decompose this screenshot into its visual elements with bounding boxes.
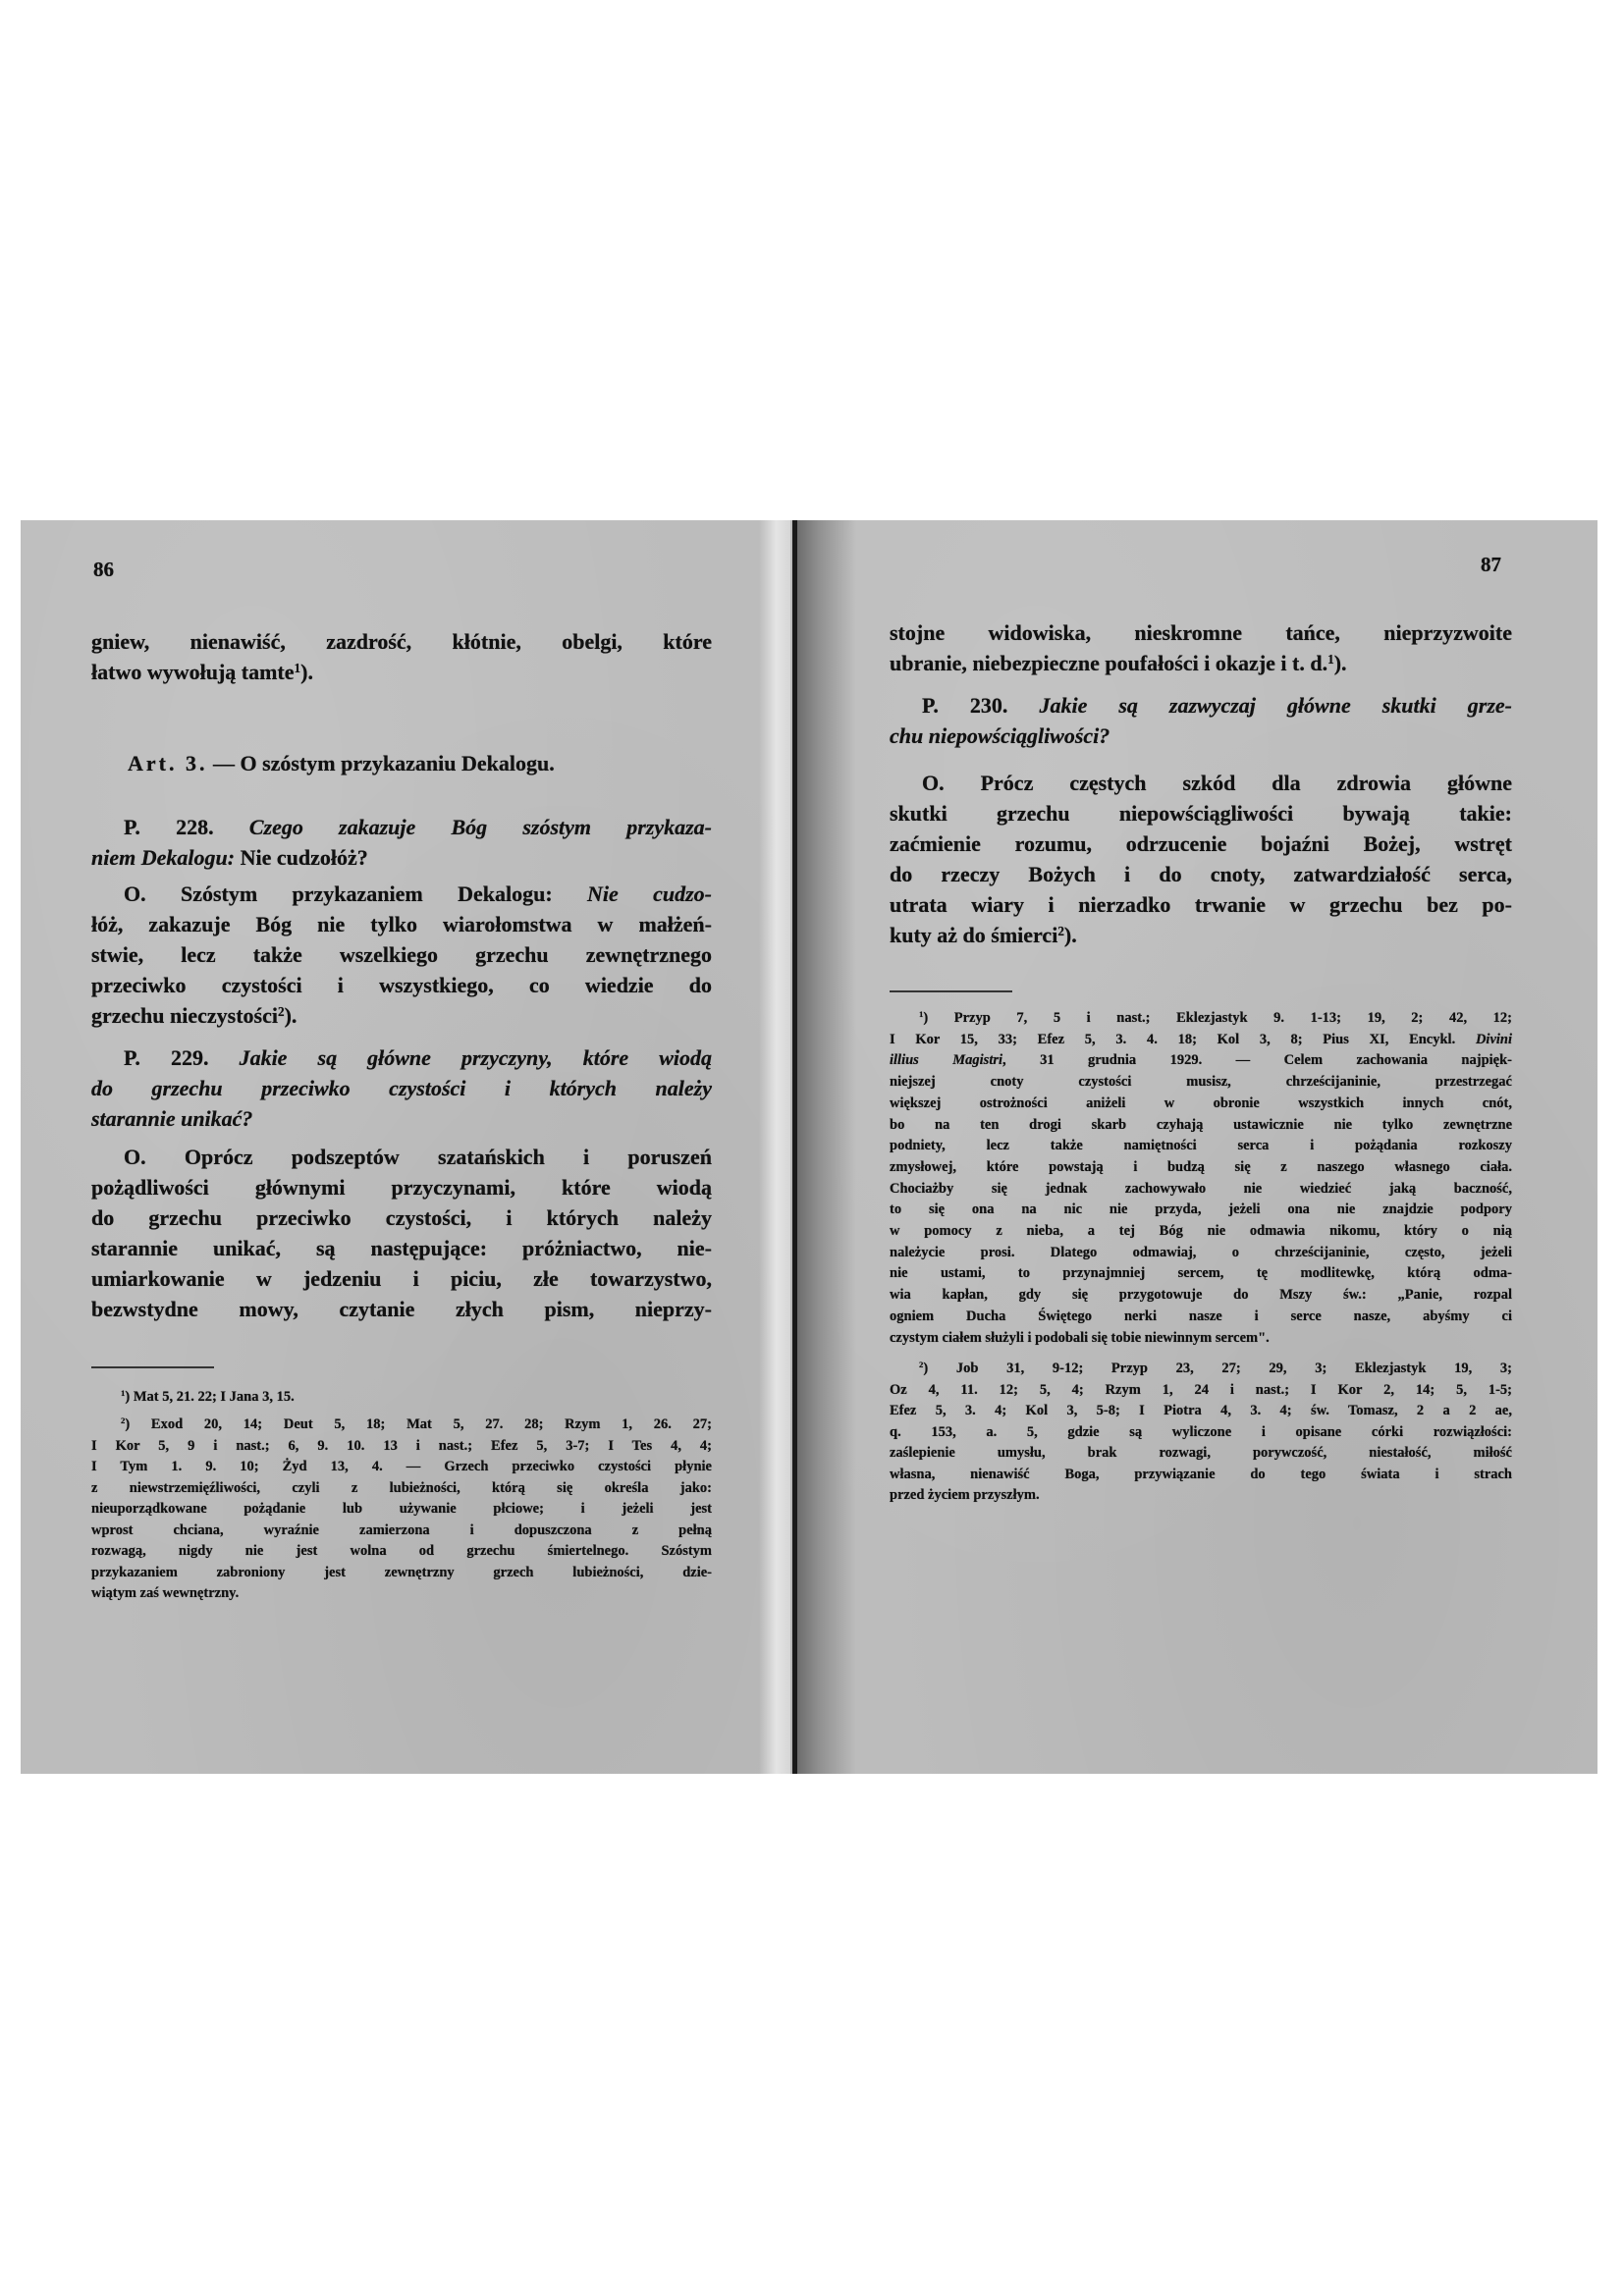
footnote-separator bbox=[91, 1366, 214, 1368]
question-229: starannie unikać? bbox=[91, 1106, 252, 1132]
question-229: P. 229. Jakie są główne przyczyny, które… bbox=[91, 1045, 712, 1071]
footnote-marker: 2 bbox=[919, 1360, 923, 1369]
footnote-line: nieuporządkowane pożądanie lub używanie … bbox=[91, 1500, 712, 1518]
answer-228: przeciwko czystości i wszystkiego, co wi… bbox=[91, 973, 712, 998]
footnote-line: to się ona na nic nie przyda, jeżeli ona… bbox=[890, 1201, 1512, 1218]
answer-229: starannie unikać, są następujące: próżni… bbox=[91, 1236, 712, 1261]
footnote-line: bo na ten drogi skarb czyhają ustawiczni… bbox=[890, 1116, 1512, 1134]
footnote-line: Chociażby się jednak zachowywało nie wie… bbox=[890, 1180, 1512, 1198]
footnote-line: niejszej cnoty czystości musisz, chrześc… bbox=[890, 1073, 1512, 1091]
footnote-line: własna, nienawiść Boga, przywiązanie do … bbox=[890, 1466, 1512, 1483]
footnote-ref: 1 bbox=[1327, 652, 1334, 667]
footnote-line: I Kor 5, 9 i nast.; 6, 9. 10. 13 i nast.… bbox=[91, 1437, 712, 1455]
footnote-line: 2) Exod 20, 14; Deut 5, 18; Mat 5, 27. 2… bbox=[91, 1415, 712, 1433]
footnote-line: czystym ciałem służyli i podobali się to… bbox=[890, 1329, 1270, 1347]
left-continuation-line: łatwo wywołują tamte1). bbox=[91, 660, 313, 685]
footnote-line: I Tym 1. 9. 10; Żyd 13, 4. — Grzech prze… bbox=[91, 1458, 712, 1475]
answer-228: O. Szóstym przykazaniem Dekalogu: Nie cu… bbox=[91, 881, 712, 907]
footnote-line: 2) Job 31, 9-12; Przyp 23, 27; 29, 3; Ek… bbox=[890, 1360, 1512, 1377]
footnote-line: należycie prosi. Dlatego odmawiaj, o chr… bbox=[890, 1244, 1512, 1261]
footnote-line: illius Magistri, 31 grudnia 1929. — Cele… bbox=[890, 1051, 1512, 1069]
footnote-line: wiątym zaś wewnętrzny. bbox=[91, 1584, 239, 1602]
answer-230: kuty aż do śmierci2). bbox=[890, 923, 1077, 948]
question-230: P. 230. Jakie są zazwyczaj główne skutki… bbox=[890, 693, 1512, 719]
footnote-line: 1) Przyp 7, 5 i nast.; Eklezjastyk 9. 1-… bbox=[890, 1009, 1512, 1027]
footnote-line: I Kor 15, 33; Efez 5, 3. 4. 18; Kol 3, 8… bbox=[890, 1031, 1512, 1048]
footnote-line: Efez 5, 3. 4; Kol 3, 5-8; I Piotra 4, 3.… bbox=[890, 1402, 1512, 1419]
footnote-line: q. 153, a. 5, gdzie są wyliczone i opisa… bbox=[890, 1423, 1512, 1441]
right-continuation-line: ubranie, niebezpieczne poufałości i okaz… bbox=[890, 651, 1347, 676]
question-229: do grzechu przeciwko czystości i których… bbox=[91, 1076, 712, 1101]
footnote-line: większej ostrożności aniżeli w obronie w… bbox=[890, 1095, 1512, 1112]
footnote-line: z niewstrzemięźliwości, czyli z lubieżno… bbox=[91, 1479, 712, 1497]
footnote-line: nie ustami, to przynajmniej sercem, tę m… bbox=[890, 1264, 1512, 1282]
footnote-line: wia kapłan, gdy się przygotowuje do Mszy… bbox=[890, 1286, 1512, 1304]
spine-shadow bbox=[797, 520, 856, 1774]
footnote-separator bbox=[890, 990, 1012, 992]
footnote-line: rozwagą, nigdy nie jest wolna od grzechu… bbox=[91, 1542, 712, 1560]
footnote-line: Oz 4, 11. 12; 5, 4; Rzym 1, 24 i nast.; … bbox=[890, 1381, 1512, 1399]
page-number-left: 86 bbox=[93, 558, 114, 582]
question-230: chu niepowściągliwości? bbox=[890, 723, 1110, 749]
footnote-marker: 2 bbox=[121, 1415, 125, 1425]
page-number-right: 87 bbox=[1481, 553, 1501, 577]
footnote-line: wprost chciana, wyraźnie zamierzona i do… bbox=[91, 1522, 712, 1539]
answer-230: do rzeczy Bożych i do cnoty, zatwardział… bbox=[890, 862, 1512, 887]
answer-230: utrata wiary i nierzadko trwanie w grzec… bbox=[890, 892, 1512, 918]
footnote-marker: 1 bbox=[919, 1009, 923, 1019]
footnote-line: zaślepienie umysłu, brak rozwagi, porywc… bbox=[890, 1444, 1512, 1462]
answer-229: bezwstydne mowy, czytanie złych pism, ni… bbox=[91, 1297, 712, 1322]
right-continuation-line: stojne widowiska, nieskromne tańce, niep… bbox=[890, 620, 1512, 646]
footnote-line: ogniem Ducha Świętego nerki nasze i serc… bbox=[890, 1308, 1512, 1325]
answer-229: do grzechu przeciwko czystości, i któryc… bbox=[91, 1205, 712, 1231]
question-228: P. 228. Czego zakazuje Bóg szóstym przyk… bbox=[91, 815, 712, 840]
article-heading: Art. 3. — O szóstym przykazaniu Dekalogu… bbox=[128, 751, 555, 776]
answer-230: O. Prócz częstych szkód dla zdrowia głów… bbox=[890, 771, 1512, 796]
article-title: O szóstym przykazaniu Dekalogu. bbox=[240, 751, 554, 775]
question-228: niem Dekalogu: Nie cudzołóż? bbox=[91, 845, 368, 871]
footnote-ref: 2 bbox=[1057, 924, 1064, 938]
footnote-line: podniety, lecz także namiętności serca i… bbox=[890, 1137, 1512, 1154]
answer-230: zaćmienie rozumu, odrzucenie bojaźni Boż… bbox=[890, 831, 1512, 857]
answer-229: O. Oprócz podszeptów szatańskich i porus… bbox=[91, 1145, 712, 1170]
footnote-line: zmysłowej, które powstają i budzą się z … bbox=[890, 1158, 1512, 1176]
answer-229: pożądliwości głównymi przyczynami, które… bbox=[91, 1175, 712, 1201]
footnote-1: 1) Mat 5, 21. 22; I Jana 3, 15. bbox=[91, 1388, 295, 1406]
answer-229: umiarkowanie w jedzeniu i piciu, złe tow… bbox=[91, 1266, 712, 1292]
answer-228: łóż, zakazuje Bóg nie tylko wiarołomstwa… bbox=[91, 912, 712, 937]
footnote-line: przed życiem przyszłym. bbox=[890, 1486, 1040, 1504]
answer-230: skutki grzechu niepowściągliwości bywają… bbox=[890, 801, 1512, 827]
left-continuation-line: gniew, nienawiść, zazdrość, kłótnie, obe… bbox=[91, 629, 712, 655]
footnote-line: przykazaniem zabroniony jest zewnętrzny … bbox=[91, 1564, 712, 1581]
answer-228: stwie, lecz także wszelkiego grzechu zew… bbox=[91, 942, 712, 968]
answer-228: grzechu nieczystości2). bbox=[91, 1003, 297, 1029]
article-label: Art. 3. bbox=[128, 751, 207, 775]
footnote-line: w pomocy z nieba, a tej Bóg nie odmawia … bbox=[890, 1222, 1512, 1240]
footnote-ref: 2 bbox=[278, 1004, 285, 1019]
spine-highlight bbox=[759, 520, 790, 1774]
